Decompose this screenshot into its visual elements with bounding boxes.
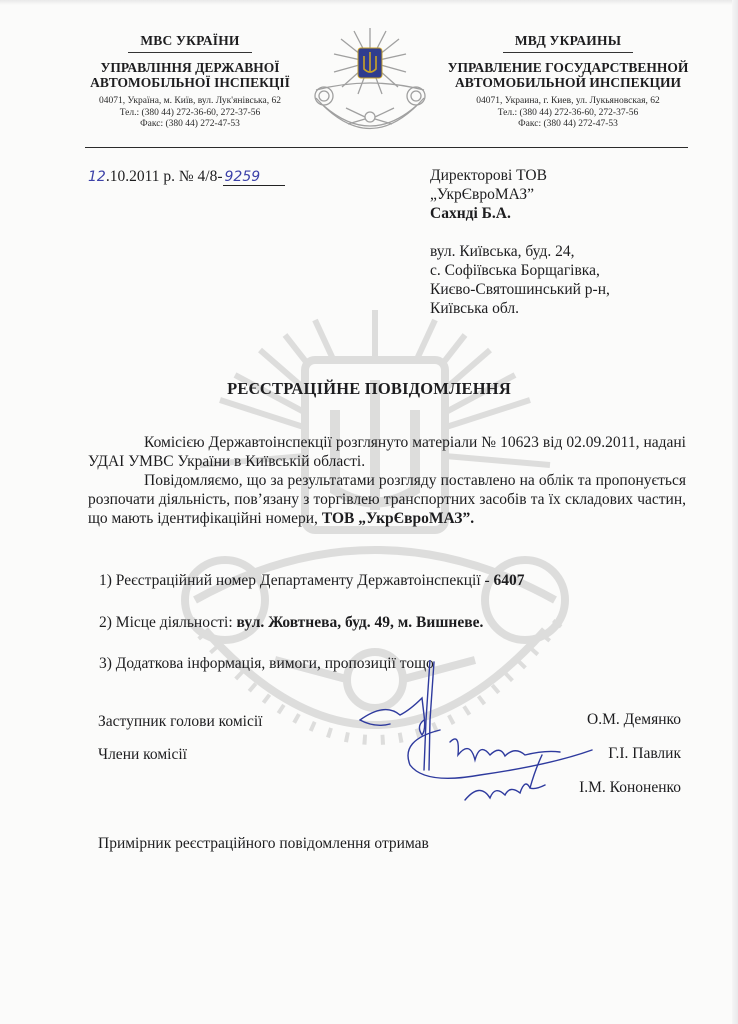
addressee-company: „УкрЄвроМАЗ”	[430, 185, 610, 204]
paragraph-materials: Комісією Державтоінспекції розглянуто ма…	[88, 433, 686, 471]
reference-date: .10.2011 р. № 4/8-	[106, 168, 223, 185]
ministry-name-ru: МВД УКРАИНЫ	[503, 33, 633, 53]
activity-location: вул. Жовтнева, буд. 49, м. Вишневе.	[237, 614, 484, 631]
deputy-chair-label: Заступник голови комісії	[98, 713, 262, 731]
signatory-name-2: Г.І. Павлик	[608, 745, 681, 763]
department-name-ru: УПРАВЛЕНИЕ ГОСУДАРСТВЕННОЙ АВТОМОБИЛЬНОЙ…	[438, 60, 698, 90]
addressee-block: Директорові ТОВ „УкрЄвроМАЗ” Сахнді Б.А.…	[430, 166, 610, 318]
addressee-region: Київська обл.	[430, 299, 610, 318]
address-ua: 04071, Україна, м. Київ, вул. Лук'янівсь…	[70, 96, 310, 108]
letterhead-russian: МВД УКРАИНЫ УПРАВЛЕНИЕ ГОСУДАРСТВЕННОЙ А…	[438, 32, 698, 131]
department-name-ua: УПРАВЛІННЯ ДЕРЖАВНОЇ АВТОМОБІЛЬНОЇ ІНСПЕ…	[70, 60, 310, 90]
traffic-police-emblem-icon	[308, 24, 432, 142]
scan-edge-right	[732, 0, 738, 1024]
letterhead-ukrainian: МВС УКРАЇНИ УПРАВЛІННЯ ДЕРЖАВНОЇ АВТОМОБ…	[70, 32, 310, 131]
fax-ua: Факс: (380 44) 272-47-53	[70, 119, 310, 131]
addressee-street: вул. Київська, буд. 24,	[430, 242, 610, 261]
addressee-district: Києво-Святошинський р-н,	[430, 280, 610, 299]
company-name: ТОВ „УкрЄвроМАЗ”.	[322, 510, 474, 527]
addressee-title: Директорові ТОВ	[430, 166, 610, 185]
item-registration-number: 1) Реєстраційний номер Департаменту Держ…	[99, 572, 525, 590]
handwritten-signatures-icon	[330, 660, 610, 810]
scan-edge-top	[0, 0, 738, 5]
ministry-name-ua: МВС УКРАЇНИ	[128, 33, 251, 53]
contacts-ua: 04071, Україна, м. Київ, вул. Лук'янівсь…	[70, 96, 310, 131]
phone-ru: Тел.: (380 44) 272-36-60, 272-37-56	[438, 108, 698, 120]
document-title: РЕЄСТРАЦІЙНЕ ПОВІДОМЛЕННЯ	[0, 379, 738, 399]
fax-ru: Факс: (380 44) 272-47-53	[438, 119, 698, 131]
commission-members-label: Члени комісії	[98, 746, 187, 764]
handwritten-reference-number: 9259	[223, 169, 285, 186]
copy-received-line: Примірник реєстраційного повідомлення от…	[98, 835, 429, 853]
item-activity-location: 2) Місце діяльності: вул. Жовтнева, буд.…	[99, 614, 483, 632]
header-divider	[85, 147, 688, 148]
registration-number: 6407	[494, 572, 525, 589]
handwritten-day: 12	[88, 169, 106, 185]
addressee-name: Сахнді Б.А.	[430, 204, 610, 223]
paragraph-notification: Повідомляємо, що за результатами розгляд…	[88, 471, 686, 528]
addressee-village: с. Софіївська Борщагівка,	[430, 261, 610, 280]
reference-line: 12.10.2011 р. № 4/8-9259	[88, 168, 285, 186]
contacts-ru: 04071, Украина, г. Киев, ул. Лукьяновска…	[438, 96, 698, 131]
address-ru: 04071, Украина, г. Киев, ул. Лукьяновска…	[438, 96, 698, 108]
phone-ua: Тел.: (380 44) 272-36-60, 272-37-56	[70, 108, 310, 120]
